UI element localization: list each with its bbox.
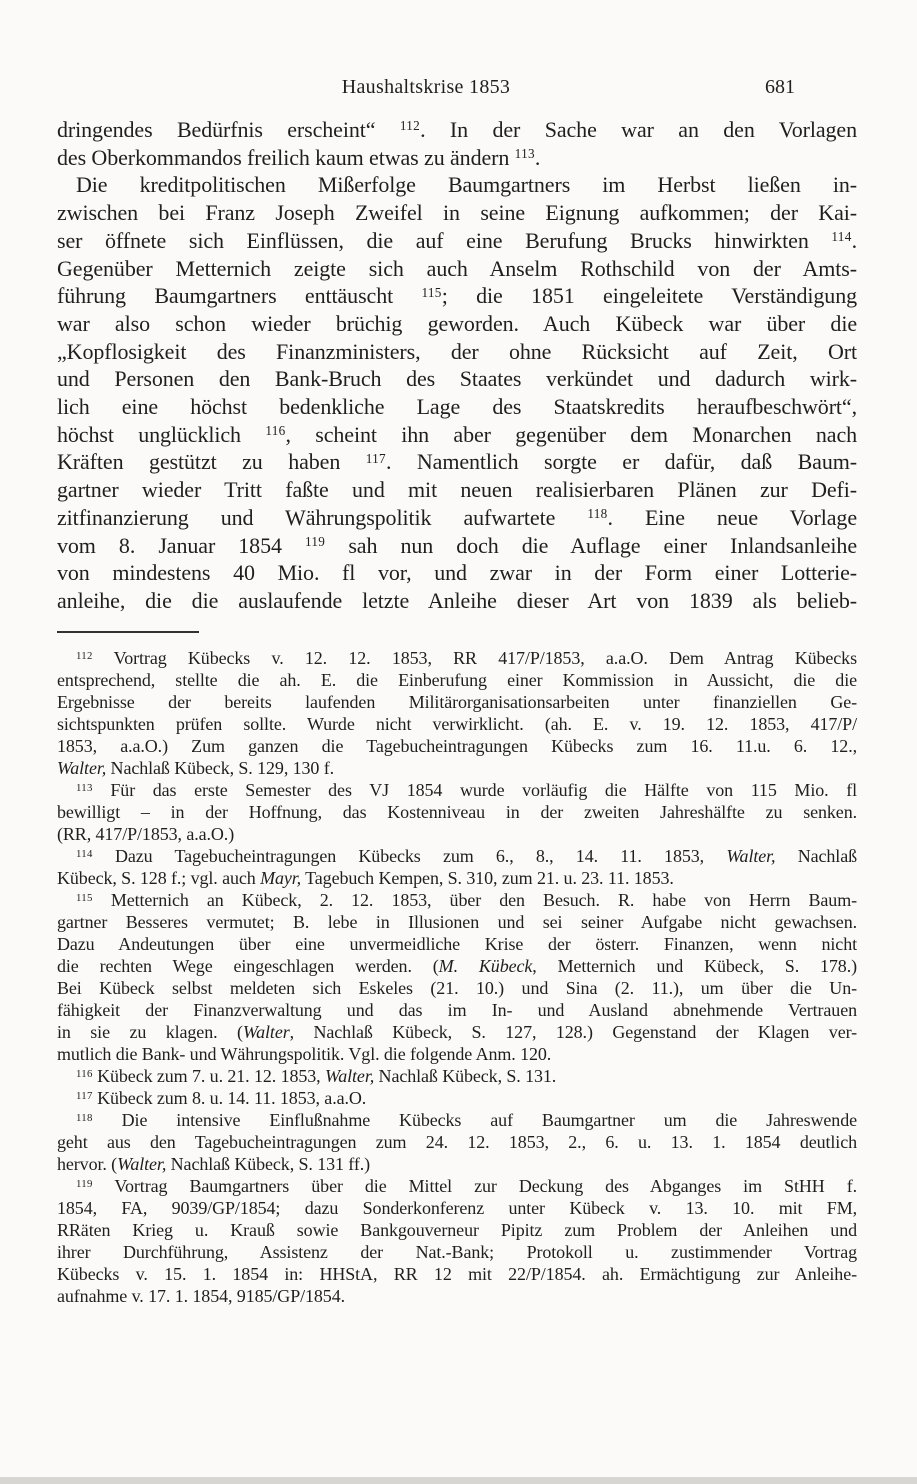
page-bottom-scan-edge [0, 1477, 917, 1484]
body-line: vom 8. Januar 1854 119 sah nun doch die … [57, 532, 857, 560]
body-text: dringendes Bedürfnis erscheint“ 112. In … [57, 116, 857, 615]
footnote-line: 113 Für das erste Semester des VJ 1854 w… [57, 779, 857, 801]
footnote-line: hervor. (Walter, Nachlaß Kübeck, S. 131 … [57, 1153, 857, 1175]
footnote-line: 1854, FA, 9039/GP/1854; dazu Sonderkonfe… [57, 1197, 857, 1219]
body-line: Gegenüber Metternich zeigte sich auch An… [57, 255, 857, 283]
footnote-line: Dazu Andeutungen über eine unvermeidlich… [57, 933, 857, 955]
footnote-112: 112 Vortrag Kübecks v. 12. 12. 1853, RR … [57, 647, 857, 779]
footnote-117: 117 Kübeck zum 8. u. 14. 11. 1853, a.a.O… [57, 1087, 857, 1109]
footnote-number: 113 [76, 782, 93, 794]
running-header: Haushaltskrise 1853 681 [57, 76, 857, 104]
footnote-line: die rechten Wege eingeschlagen werden. (… [57, 955, 857, 977]
footnote-number: 118 [76, 1112, 93, 1124]
footnote-line: ihrer Durchführung, Assistenz der Nat.-B… [57, 1241, 857, 1263]
body-line: höchst unglücklich 116, scheint ihn aber… [57, 421, 857, 449]
footnote-number: 117 [76, 1090, 93, 1102]
footnote-line: 1853, a.a.O.) Zum ganzen die Tagebuchein… [57, 735, 857, 757]
footnote-number: 115 [76, 892, 93, 904]
footnote-line: 115 Metternich an Kübeck, 2. 12. 1853, ü… [57, 889, 857, 911]
footnote-line: Kübecks v. 15. 1. 1854 in: HHStA, RR 12 … [57, 1263, 857, 1285]
footnote-118: 118 Die intensive Einflußnahme Kübecks a… [57, 1109, 857, 1175]
body-line: zwischen bei Franz Joseph Zweifel in sei… [57, 199, 857, 227]
footnote-line: Kübeck, S. 128 f.; vgl. auch Mayr, Tageb… [57, 867, 857, 889]
footnote-115: 115 Metternich an Kübeck, 2. 12. 1853, ü… [57, 889, 857, 1065]
footnote-line: RRäten Krieg u. Krauß sowie Bankgouverne… [57, 1219, 857, 1241]
body-line: von mindestens 40 Mio. fl vor, und zwar … [57, 559, 857, 587]
running-header-title: Haushaltskrise 1853 [342, 76, 510, 99]
footnote-line: 114 Dazu Tagebucheintragungen Kübecks zu… [57, 845, 857, 867]
body-line: ser öffnete sich Einflüssen, die auf ein… [57, 227, 857, 255]
footnote-line: Bei Kübeck selbst meldeten sich Eskeles … [57, 977, 857, 999]
paragraph: Die kreditpolitischen Mißerfolge Baumgar… [57, 171, 857, 614]
footnote-114: 114 Dazu Tagebucheintragungen Kübecks zu… [57, 845, 857, 889]
footnote-113: 113 Für das erste Semester des VJ 1854 w… [57, 779, 857, 845]
footnote-119: 119 Vortrag Baumgartners über die Mittel… [57, 1175, 857, 1307]
page-number: 681 [765, 76, 795, 99]
footnote-divider [57, 631, 199, 633]
body-line: und Personen den Bank-Bruch des Staates … [57, 365, 857, 393]
footnote-number: 116 [76, 1068, 93, 1080]
footnote-line: 112 Vortrag Kübecks v. 12. 12. 1853, RR … [57, 647, 857, 669]
body-line: Kräften gestützt zu haben 117. Namentlic… [57, 448, 857, 476]
footnote-line: bewilligt – in der Hoffnung, das Kostenn… [57, 801, 857, 823]
body-line: „Kopflosigkeit des Finanzministers, der … [57, 338, 857, 366]
body-line: des Oberkommandos freilich kaum etwas zu… [57, 144, 857, 172]
footnote-line: Ergebnisse der bereits laufenden Militär… [57, 691, 857, 713]
footnote-line: fähigkeit der Finanzverwaltung und das i… [57, 999, 857, 1021]
footnote-number: 112 [76, 650, 93, 662]
body-line: führung Baumgartners enttäuscht 115; die… [57, 282, 857, 310]
footnote-number: 119 [76, 1178, 93, 1190]
footnote-line: gartner Besseres vermutet; B. lebe in Il… [57, 911, 857, 933]
body-line: dringendes Bedürfnis erscheint“ 112. In … [57, 116, 857, 144]
body-line: Die kreditpolitischen Mißerfolge Baumgar… [57, 171, 857, 199]
book-page: Haushaltskrise 1853 681 dringendes Bedür… [0, 0, 917, 1484]
footnotes: 112 Vortrag Kübecks v. 12. 12. 1853, RR … [57, 647, 857, 1307]
footnote-line: aufnahme v. 17. 1. 1854, 9185/GP/1854. [57, 1285, 857, 1307]
footnote-116: 116 Kübeck zum 7. u. 21. 12. 1853, Walte… [57, 1065, 857, 1087]
footnote-line: 117 Kübeck zum 8. u. 14. 11. 1853, a.a.O… [57, 1087, 857, 1109]
footnote-line: entsprechend, stellte die ah. E. die Ein… [57, 669, 857, 691]
paragraph: dringendes Bedürfnis erscheint“ 112. In … [57, 116, 857, 171]
body-line: lich eine höchst bedenkliche Lage des St… [57, 393, 857, 421]
body-line: war also schon wieder brüchig geworden. … [57, 310, 857, 338]
body-line: gartner wieder Tritt faßte und mit neuen… [57, 476, 857, 504]
footnote-line: in sie zu klagen. (Walter, Nachlaß Kübec… [57, 1021, 857, 1043]
footnote-line: mutlich die Bank- und Währungspolitik. V… [57, 1043, 857, 1065]
footnote-line: 118 Die intensive Einflußnahme Kübecks a… [57, 1109, 857, 1131]
footnote-line: 119 Vortrag Baumgartners über die Mittel… [57, 1175, 857, 1197]
body-line: anleihe, die die auslaufende letzte Anle… [57, 587, 857, 615]
body-line: zitfinanzierung und Währungspolitik aufw… [57, 504, 857, 532]
footnote-line: geht aus den Tagebucheintragungen zum 24… [57, 1131, 857, 1153]
footnote-number: 114 [76, 848, 93, 860]
footnote-line: sichtspunkten prüfen sollte. Wurde nicht… [57, 713, 857, 735]
footnote-line: 116 Kübeck zum 7. u. 21. 12. 1853, Walte… [57, 1065, 857, 1087]
footnote-line: (RR, 417/P/1853, a.a.O.) [57, 823, 857, 845]
footnote-line: Walter, Nachlaß Kübeck, S. 129, 130 f. [57, 757, 857, 779]
